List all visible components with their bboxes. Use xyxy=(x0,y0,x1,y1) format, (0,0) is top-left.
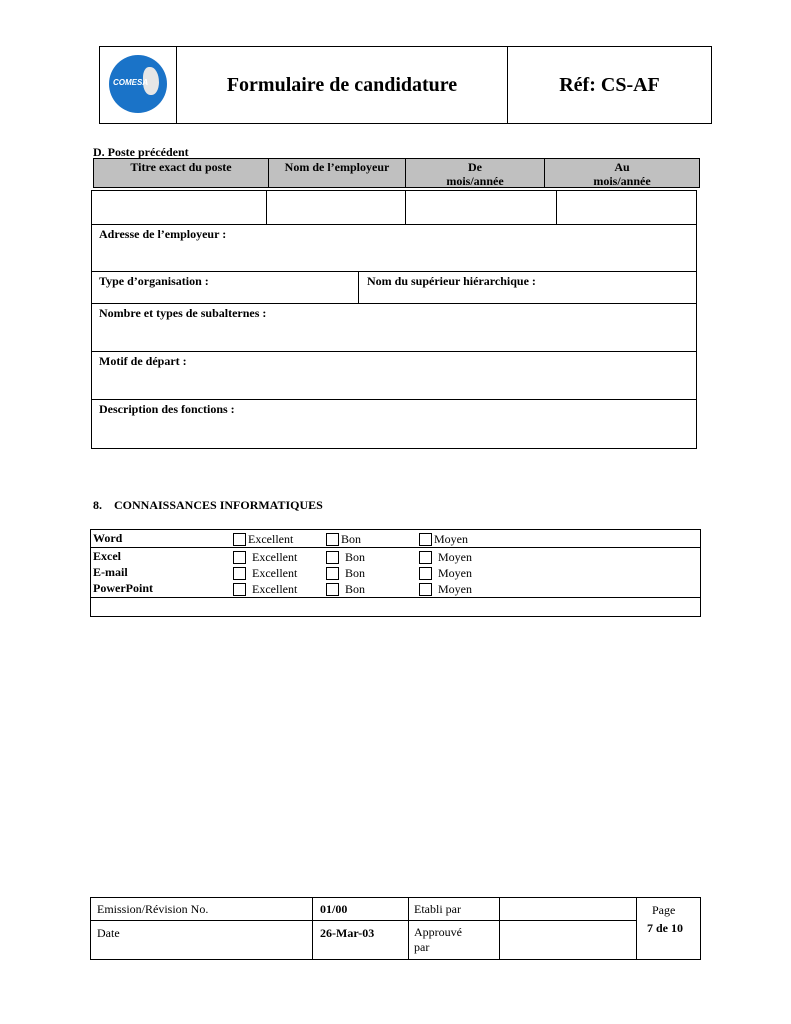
skill-label-excel: Excel xyxy=(93,549,121,564)
document-header: COMESA Formulaire de candidature Réf: CS… xyxy=(99,46,712,124)
option-label: Excellent xyxy=(252,550,297,565)
option-label: Moyen xyxy=(438,566,472,581)
skill-label-powerpoint: PowerPoint xyxy=(93,581,153,596)
option-label: Bon xyxy=(341,532,361,547)
organisation-type-label: Type d’organisation : xyxy=(99,274,209,289)
emission-value: 01/00 xyxy=(320,902,347,917)
date-value: 26-Mar-03 xyxy=(320,926,374,941)
footer-col-divider xyxy=(408,897,409,960)
checkbox-icon[interactable] xyxy=(326,551,339,564)
emission-label: Emission/Révision No. xyxy=(97,902,208,917)
subordinates-label: Nombre et types de subalternes : xyxy=(99,306,266,321)
job-title-input[interactable] xyxy=(91,190,267,225)
organisation-type-field[interactable]: Type d’organisation : xyxy=(91,271,359,304)
skill-label-word: Word xyxy=(93,531,122,546)
checkbox-icon[interactable] xyxy=(233,551,246,564)
section-8-title: 8. CONNAISSANCES INFORMATIQUES xyxy=(93,498,323,513)
logo-cell: COMESA xyxy=(100,47,177,123)
option-label: Moyen xyxy=(438,582,472,597)
supervisor-name-label: Nom du supérieur hiérarchique : xyxy=(367,274,536,289)
form-title: Formulaire de candidature xyxy=(177,47,508,123)
footer-col-divider xyxy=(636,897,637,960)
skills-rows-block xyxy=(90,547,701,598)
comesa-logo-icon: COMESA xyxy=(109,55,167,113)
skill-option-moyen[interactable]: Moyen xyxy=(419,550,472,565)
skill-option-moyen[interactable]: Moyen xyxy=(419,532,468,547)
checkbox-icon[interactable] xyxy=(419,533,432,546)
option-label: Bon xyxy=(345,550,365,565)
skill-option-excellent[interactable]: Excellent xyxy=(233,566,297,581)
option-label: Bon xyxy=(345,582,365,597)
checkbox-icon[interactable] xyxy=(233,533,246,546)
form-reference: Réf: CS-AF xyxy=(508,47,711,123)
skills-row-word xyxy=(90,529,701,548)
skill-option-moyen[interactable]: Moyen xyxy=(419,566,472,581)
page-number: 7 de 10 xyxy=(647,921,683,936)
skill-label-email: E-mail xyxy=(93,565,128,580)
col-header-from: De mois/année xyxy=(405,158,545,188)
checkbox-icon[interactable] xyxy=(326,567,339,580)
col-header-employer: Nom de l’employeur xyxy=(268,158,406,188)
supervisor-name-field[interactable]: Nom du supérieur hiérarchique : xyxy=(358,271,697,304)
skill-option-excellent[interactable]: Excellent xyxy=(233,532,293,547)
skill-option-bon[interactable]: Bon xyxy=(326,582,365,597)
option-label: Excellent xyxy=(252,566,297,581)
checkbox-icon[interactable] xyxy=(419,583,432,596)
employer-address-field[interactable]: Adresse de l’employeur : xyxy=(91,224,697,272)
page-label: Page xyxy=(652,903,675,918)
checkbox-icon[interactable] xyxy=(233,567,246,580)
checkbox-icon[interactable] xyxy=(419,551,432,564)
skills-empty-row[interactable] xyxy=(90,597,701,617)
job-description-field[interactable]: Description des fonctions : xyxy=(91,399,697,449)
checkbox-icon[interactable] xyxy=(326,533,339,546)
option-label: Excellent xyxy=(252,582,297,597)
option-label: Excellent xyxy=(248,532,293,547)
employer-address-label: Adresse de l’employeur : xyxy=(99,227,226,242)
skill-option-bon[interactable]: Bon xyxy=(326,550,365,565)
footer-col-divider xyxy=(312,897,313,960)
etabli-label: Etabli par xyxy=(414,902,461,917)
col-header-to: Au mois/année xyxy=(544,158,700,188)
from-date-input[interactable] xyxy=(405,190,557,225)
col-header-job-title: Titre exact du poste xyxy=(93,158,269,188)
skill-option-excellent[interactable]: Excellent xyxy=(233,582,297,597)
footer-row-divider xyxy=(90,920,637,921)
skill-option-bon[interactable]: Bon xyxy=(326,566,365,581)
approuve-label: Approuvé par xyxy=(414,925,462,955)
to-date-input[interactable] xyxy=(556,190,697,225)
checkbox-icon[interactable] xyxy=(419,567,432,580)
skill-option-excellent[interactable]: Excellent xyxy=(233,550,297,565)
employer-input[interactable] xyxy=(266,190,406,225)
reason-for-leaving-label: Motif de départ : xyxy=(99,354,187,369)
logo-text: COMESA xyxy=(113,78,148,87)
footer-col-divider xyxy=(499,897,500,960)
reason-for-leaving-field[interactable]: Motif de départ : xyxy=(91,351,697,400)
skill-option-bon[interactable]: Bon xyxy=(326,532,361,547)
option-label: Bon xyxy=(345,566,365,581)
option-label: Moyen xyxy=(438,550,472,565)
date-label: Date xyxy=(97,926,120,941)
subordinates-field[interactable]: Nombre et types de subalternes : xyxy=(91,303,697,352)
checkbox-icon[interactable] xyxy=(326,583,339,596)
skill-option-moyen[interactable]: Moyen xyxy=(419,582,472,597)
option-label: Moyen xyxy=(434,532,468,547)
checkbox-icon[interactable] xyxy=(233,583,246,596)
job-description-label: Description des fonctions : xyxy=(99,402,235,417)
